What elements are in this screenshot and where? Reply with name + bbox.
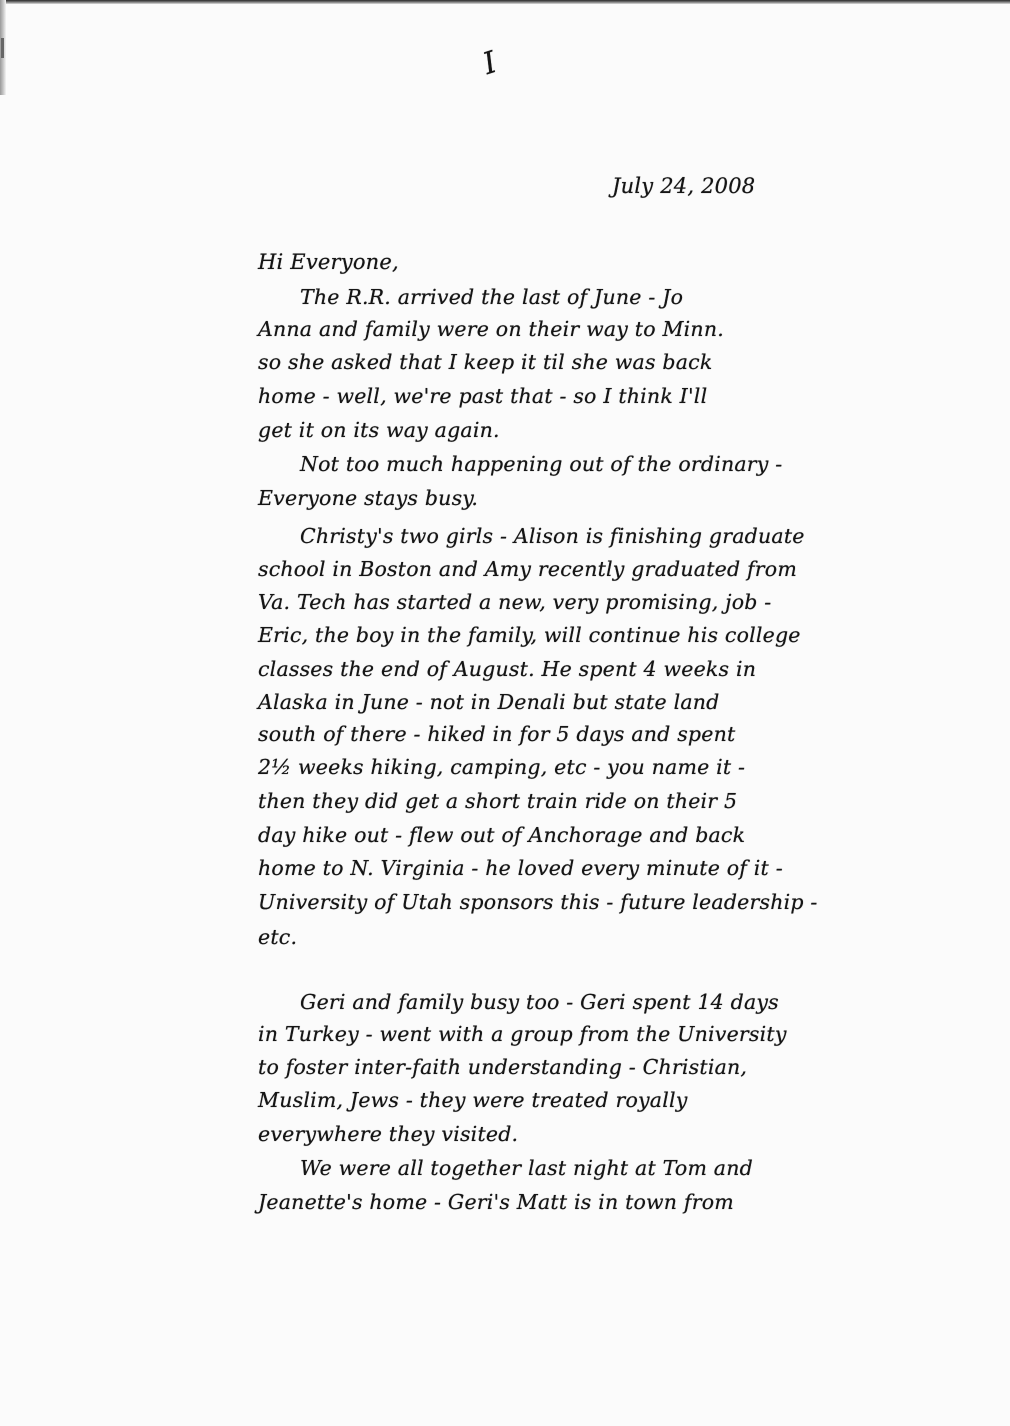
letter-line: home to N. Virginia - he loved every min… [258, 856, 783, 880]
letter-line: school in Boston and Amy recently gradua… [258, 557, 797, 581]
letter-line: then they did get a short train ride on … [258, 789, 737, 813]
scanned-letter-page: I July 24, 2008 Hi Everyone, The R.R. ar… [0, 0, 1010, 1426]
letter-line: The R.R. arrived the last of June - Jo [300, 285, 683, 309]
letter-line: Christy's two girls - Alison is finishin… [300, 524, 805, 548]
letter-line: to foster inter-faith understanding - Ch… [258, 1055, 747, 1079]
letter-line: everywhere they visited. [258, 1122, 518, 1146]
letter-line: so she asked that I keep it til she was … [258, 350, 712, 374]
letter-line: classes the end of August. He spent 4 we… [258, 657, 756, 681]
scan-top-edge [0, 0, 1010, 4]
letter-line: Not too much happening out of the ordina… [300, 452, 782, 476]
letter-line: south of there - hiked in for 5 days and… [258, 722, 735, 746]
letter-line: home - well, we're past that - so I thin… [258, 384, 707, 408]
letter-line: Everyone stays busy. [258, 486, 478, 510]
letter-line: Geri and family busy too - Geri spent 14… [300, 990, 779, 1014]
letter-line: Jeanette's home - Geri's Matt is in town… [258, 1190, 734, 1214]
letter-line: day hike out - flew out of Anchorage and… [258, 823, 745, 847]
letter-line: University of Utah sponsors this - futur… [258, 890, 818, 914]
letter-line: We were all together last night at Tom a… [300, 1156, 753, 1180]
page-mark: I [479, 45, 501, 82]
letter-line: Va. Tech has started a new, very promisi… [258, 590, 771, 614]
letter-line: in Turkey - went with a group from the U… [258, 1022, 787, 1046]
letter-line: get it on its way again. [258, 418, 500, 442]
letter-date: July 24, 2008 [612, 174, 755, 198]
letter-line: 2½ weeks hiking, camping, etc - you name… [258, 755, 745, 779]
letter-line: Muslim, Jews - they were treated royally [258, 1088, 688, 1112]
letter-line: Eric, the boy in the family, will contin… [258, 623, 801, 647]
letter-line: Alaska in June - not in Denali but state… [258, 690, 720, 714]
scan-left-edge [0, 0, 6, 95]
letter-line: etc. [258, 925, 297, 949]
salutation: Hi Everyone, [258, 250, 399, 274]
letter-line: Anna and family were on their way to Min… [258, 317, 724, 341]
